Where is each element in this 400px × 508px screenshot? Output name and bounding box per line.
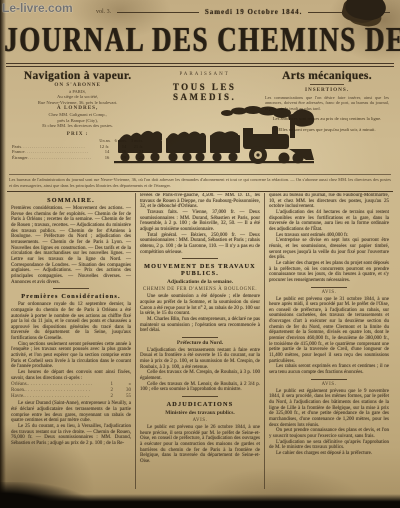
paraissant-label: PARAISSANT	[147, 72, 262, 77]
body-paragraph: Total général. — Béziers, 250,000 fr. — …	[140, 233, 260, 256]
section-divider-rule	[182, 258, 218, 259]
body-paragraph: Le cahier des charges et les plans du pr…	[269, 261, 389, 284]
page-left-shadow-edge	[0, 0, 6, 508]
section-heading: SOMMAIRE.	[11, 197, 131, 204]
section-heading: Premières Considérations.	[11, 293, 131, 300]
samedis-label: TOUS LES SAMEDIS.	[147, 82, 262, 102]
subscribe-label: ON S'ABONNE	[54, 82, 101, 88]
body-paragraph: L'adjudication ne sera définitive qu'apr…	[269, 440, 389, 451]
insertions-rule-top	[310, 84, 344, 85]
body-paragraph: L'entreprise se divise en sept lots qui …	[269, 238, 389, 261]
section-divider-rule	[182, 396, 218, 397]
schedule-row-label: Havre.	[11, 394, 24, 400]
body-paragraph-continuation: quises au bureau du journal, rue du Faub…	[269, 193, 389, 210]
volume-label: vol. 3.	[96, 9, 111, 15]
body-paragraph: Par ordonnance royale du 12 septembre de…	[11, 302, 131, 342]
insertions-label: INSERTIONS.	[262, 87, 392, 93]
section-subheading: Préfecture du Nord.	[140, 340, 260, 346]
masthead-info-band: Navigation à vapeur. ON S'ABONNE à PARIS…	[8, 70, 392, 170]
body-paragraph: Cinq sections seulement seront présentée…	[11, 342, 131, 370]
schedule-row-value: 2	[95, 394, 113, 400]
section-heading: ADJUDICATIONS	[140, 401, 260, 408]
section-divider-rule	[311, 379, 347, 380]
section-divider-rule	[311, 287, 347, 288]
body-column-1: SOMMAIRE.Premières considérations. — Mou…	[7, 193, 135, 489]
schedule-row-value: 55	[113, 394, 131, 400]
section-divider-rule	[182, 337, 218, 338]
price-row-value: 16	[92, 155, 109, 161]
body-paragraph: Le sieur Durand (Saint-Anne), entreprene…	[11, 401, 131, 424]
issue-date: Samedi 19 Octobre 1844.	[205, 8, 303, 16]
body-paragraph: Les rabais seront exprimés en francs et …	[269, 364, 389, 375]
body-paragraph: M. Charles Blin, l'un des entrepreneurs,…	[140, 317, 260, 334]
body-paragraph: Une seule soumission a été déposée ; ell…	[140, 294, 260, 317]
smallcaps-heading: AVIS.	[140, 418, 260, 423]
article-body: SOMMAIRE.Premières considérations. — Mou…	[7, 191, 393, 489]
newspaper-page: Le-livre.com vol. 3. Samedi 19 Octobre 1…	[0, 0, 400, 508]
price-row-label: Étranger	[12, 155, 28, 161]
smallcaps-heading: CHEMIN DE FER D'AMIENS À BOULOGNE.	[140, 287, 260, 292]
body-paragraph-continuation: Premières considérations. — Mouvement de…	[11, 206, 131, 285]
right-section-title: Arts mécaniques.	[262, 70, 392, 82]
body-paragraph: L'adjudication des terrassements restant…	[140, 348, 260, 371]
body-paragraph: Celle des travaux de M. Lenoir, de Rouba…	[140, 382, 260, 393]
top-rule-left	[117, 12, 199, 13]
london-label: À LONDRES,	[57, 105, 98, 111]
smallcaps-heading: AVIS.	[269, 382, 389, 387]
body-column-2: levées de Paris-rive-gauche, 4,500. — MM…	[135, 193, 264, 489]
smallcaps-heading: AVIS.	[269, 290, 389, 295]
bureaus-note: Les bureaux de l'administration du journ…	[9, 174, 391, 188]
body-paragraph: Le 25 du courant, a eu lieu, à Versaille…	[11, 424, 131, 447]
section-subheading: Adjudications de la semaine.	[140, 279, 260, 285]
body-paragraph: Le cahier des charges est déposé à la pr…	[269, 451, 389, 457]
locomotive-engraving	[112, 104, 316, 168]
section-heading: MOUVEMENT DES TRAVAUX PUBLICS.	[140, 263, 260, 277]
price-row-dots: ..............................	[28, 155, 92, 161]
body-paragraph: Le public est prévenu que le 31 octobre …	[269, 297, 389, 365]
schedule-table-row: Havre.........................255	[11, 394, 131, 400]
schedule-row-dots: ........................	[24, 394, 95, 400]
watermark-text: Le-livre.com	[2, 1, 73, 15]
section-divider-rule	[53, 288, 89, 289]
section-subheading: Ministère des travaux publics.	[140, 410, 260, 416]
body-paragraph: L'adjudication des 44 hectares de terrai…	[269, 210, 389, 233]
body-paragraph: Le public est prévenu que le 26 octobre …	[140, 425, 260, 465]
body-paragraph-continuation: levées de Paris-rive-gauche, 4,500. — MM…	[140, 193, 260, 210]
masthead-double-rule	[6, 63, 394, 67]
body-column-3: quises au bureau du journal, rue du Faub…	[264, 193, 393, 489]
body-paragraph: Celle des travaux de M. Crespin, de Roub…	[140, 370, 260, 381]
schedule-table: Orléans.........................1»Rouen.…	[11, 382, 131, 400]
body-paragraph: Travaux faits. — Vienne, 37,000 fr. — De…	[140, 210, 260, 233]
body-paragraph: Le public est également prévenu que le 9…	[269, 389, 389, 429]
left-section-title: Navigation à vapeur.	[8, 70, 147, 82]
body-paragraph: Les heures de départ des convois sont ai…	[11, 370, 131, 381]
masthead-title: JOURNAL DES CHEMINS DE FER	[4, 20, 396, 60]
body-paragraph: On peut prendre connaissance des plans e…	[269, 428, 389, 439]
page-corner-shadow	[0, 482, 90, 508]
